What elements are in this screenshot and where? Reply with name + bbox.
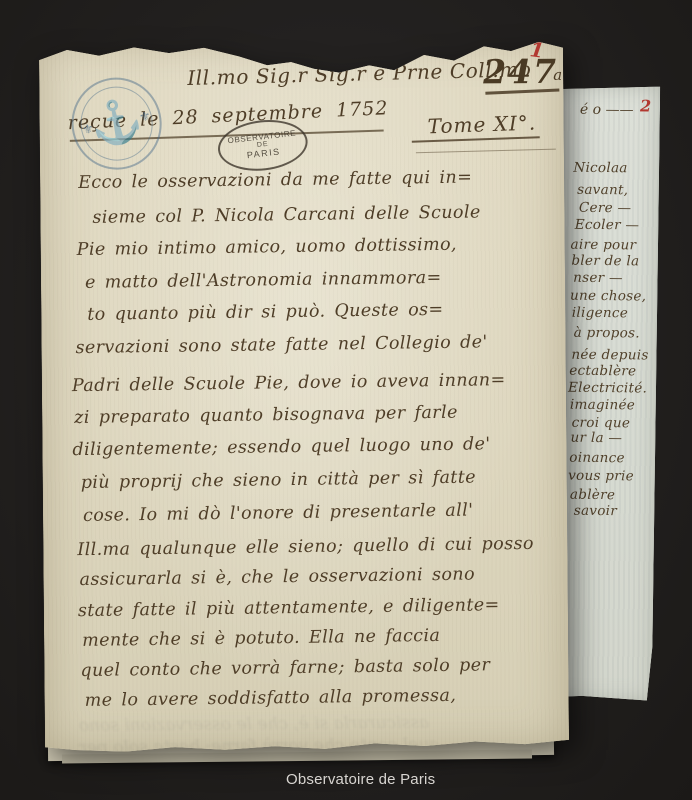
page2-line-fragment: bler de la	[571, 253, 639, 270]
letter-body-line: Pie mio intimo amico, uomo dottissimo,	[77, 235, 457, 260]
page2-line-fragment: iligence	[572, 305, 628, 322]
page2-line-fragment: aire pour	[570, 237, 636, 254]
page2-line-fragment: vous prie	[568, 468, 634, 485]
tome-label: Tome XI°.	[427, 111, 536, 139]
page2-line-fragment: Ecoler —	[575, 217, 640, 234]
manuscript-page-1: Ill.mo Sig.r Sig.r e Prne Coll.mo 247 a …	[39, 36, 569, 755]
page2-line-fragment: Cere —	[579, 200, 632, 217]
letter-body-line: Ill.ma qualunque elle sieno; quello di c…	[77, 534, 534, 560]
tome-underline-2	[416, 149, 556, 154]
letter-body-line: state fatte il più attentamente, e dilig…	[78, 595, 500, 621]
page2-line-fragment: ectablère	[569, 363, 636, 380]
letter-body-line: servazioni sono state fatte nel Collegio…	[75, 332, 487, 358]
page2-red-folio-number: 2	[640, 96, 651, 115]
letter-body-line: assicurarla si è, che le osservazioni so…	[79, 564, 475, 590]
letter-body-line: mente che si è potuto. Ella ne faccia	[82, 626, 440, 651]
page2-line-fragment: ur la —	[570, 430, 622, 447]
observatory-anchor-stamp: ⚓ ⚜ ⚜	[63, 69, 171, 178]
page2-line-fragment: savoir	[574, 503, 617, 519]
page2-line-fragment: une chose,	[570, 288, 646, 305]
archive-page-number-suffix: a	[553, 66, 562, 84]
page2-line-fragment: nser —	[573, 270, 623, 287]
library-caption: Observatoire de Paris	[286, 771, 435, 788]
letter-body-line: sieme col P. Nicola Carcani delle Scuole	[92, 202, 480, 227]
page2-line-fragment: née depuis	[571, 347, 648, 364]
letter-body-line: Ecco le osservazioni da me fatte qui in=	[78, 167, 472, 193]
letter-body-line: me lo avere soddisfatto alla promessa,	[85, 686, 457, 711]
archive-page-number: 247	[483, 52, 558, 92]
page2-top-fragment: é o ——	[580, 102, 634, 119]
salutation-line: Ill.mo Sig.r Sig.r e Prne Coll.mo	[187, 57, 532, 90]
page2-line-fragment: savant,	[577, 182, 628, 199]
page2-line-fragment: à propos.	[574, 325, 640, 342]
letter-body-line: quel conto che vorrà farne; basta solo p…	[80, 655, 490, 681]
oval-stamp-text: PARIS	[246, 146, 281, 160]
letter-body-line: to quanto più dir si può. Queste os=	[87, 300, 444, 325]
letter-body-line: e matto dell'Astronomia innammora=	[85, 268, 442, 293]
letter-body-line: cose. Io mi dò l'onore di presentarle al…	[83, 501, 474, 526]
page2-line-fragment: imaginée	[570, 397, 635, 414]
letter-body-line: più proprij che sieno in città per sì fa…	[81, 467, 476, 493]
letter-body-line: diligentemente; essendo quel luogo uno d…	[72, 434, 490, 460]
page2-line-fragment: ablère	[570, 487, 615, 503]
letter-body-line: Padri delle Scuole Pie, dove io aveva in…	[72, 370, 506, 396]
show-through-text: assicurarla si è, che le osservazioni so…	[79, 713, 429, 736]
page2-line-fragment: Nicolaa	[573, 160, 628, 177]
letter-body-line: zi preparato quanto bisognava per farle	[74, 403, 458, 428]
page2-line-fragment: Electricité.	[568, 380, 647, 397]
photograph-of-manuscript: é o —— 2 Nicolaa savant, Cere — Ecoler —…	[0, 0, 692, 800]
page2-line-fragment: oinance	[569, 450, 625, 467]
